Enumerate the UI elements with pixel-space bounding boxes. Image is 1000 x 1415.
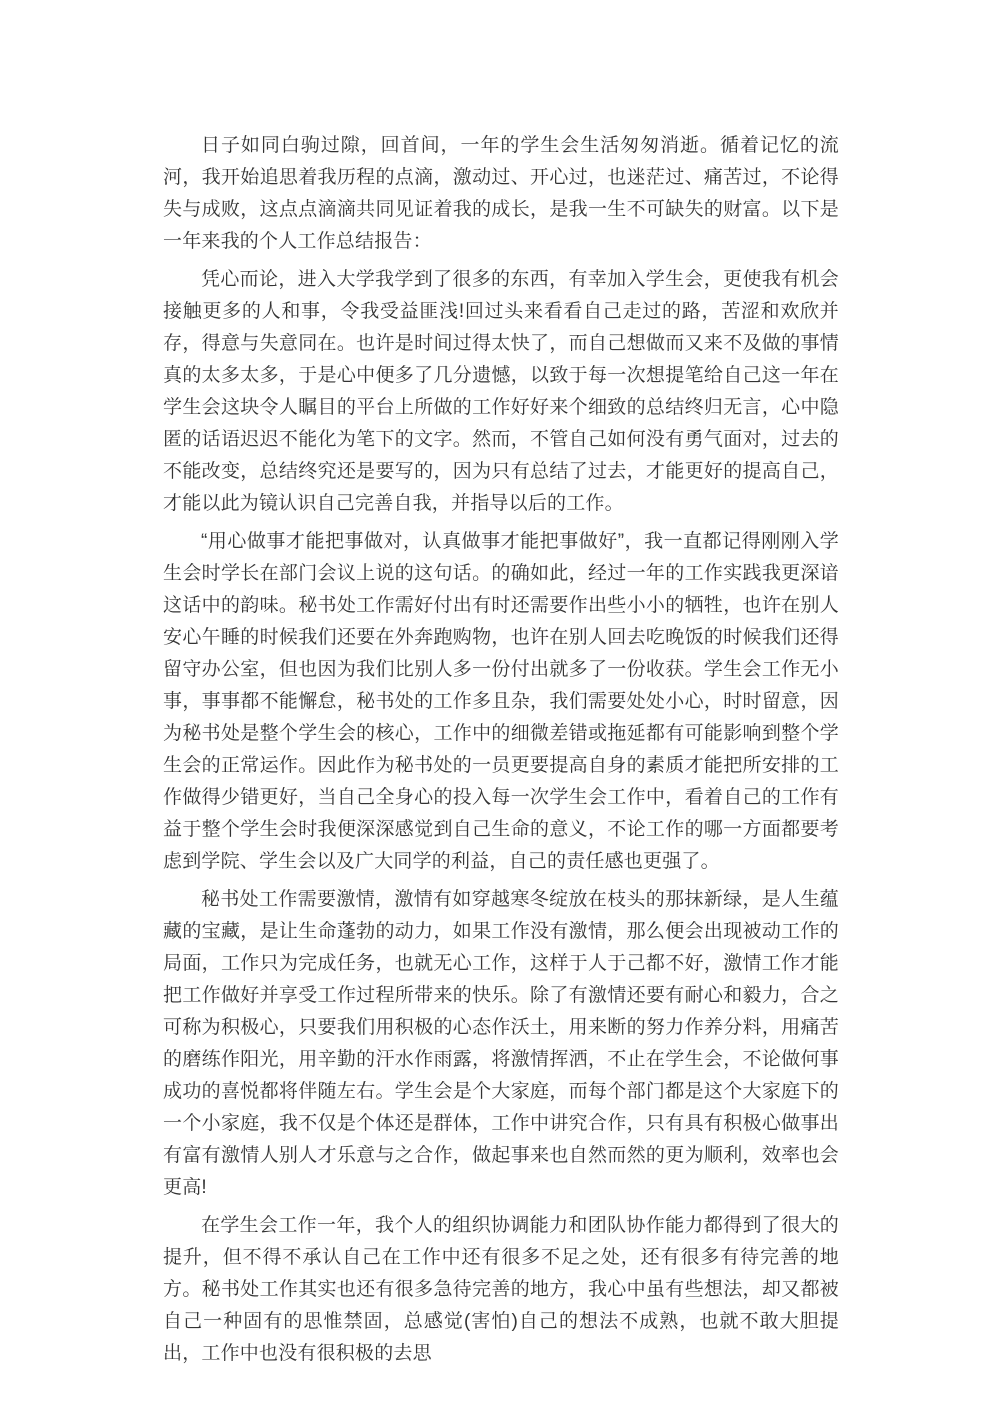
paragraph: 日子如同白驹过隙，回首间，一年的学生会生活匆匆消逝。循着记忆的流河，我开始追思着… [163,130,839,258]
paragraph: 在学生会工作一年，我个人的组织协调能力和团队协作能力都得到了很大的提升，但不得不… [163,1210,839,1370]
paragraph: 凭心而论，进入大学我学到了很多的东西，有幸加入学生会，更使我有机会接触更多的人和… [163,264,839,520]
paragraph: “用心做事才能把事做对，认真做事才能把事做好”，我一直都记得刚刚入学生会时学长在… [163,526,839,878]
text-column: 日子如同白驹过隙，回首间，一年的学生会生活匆匆消逝。循着记忆的流河，我开始追思着… [163,130,839,1370]
paragraph: 秘书处工作需要激情，激情有如穿越寒冬绽放在枝头的那抹新绿，是人生蕴藏的宝藏，是让… [163,884,839,1204]
document-page: 日子如同白驹过隙，回首间，一年的学生会生活匆匆消逝。循着记忆的流河，我开始追思着… [0,0,1000,1415]
